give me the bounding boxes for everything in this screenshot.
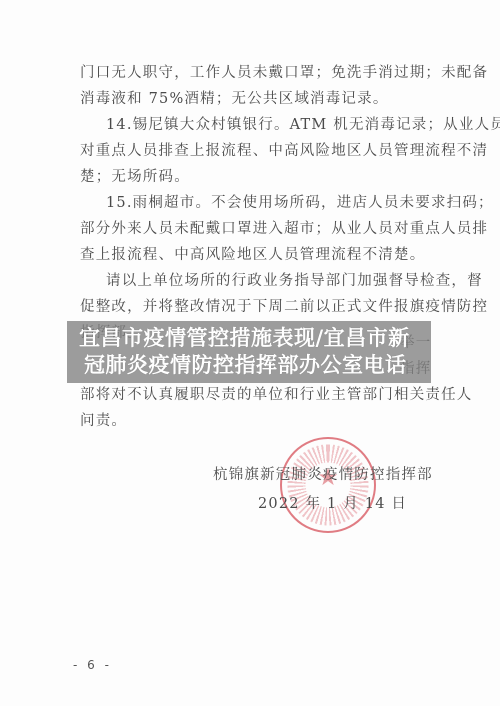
body-line: 部将对不认真履职尽责的单位和行业主管部门相关责任人 xyxy=(80,386,473,404)
body-line: 15.雨桐超市。不会使用场所码，进店人员未要求扫码； xyxy=(106,194,494,212)
body-line: 楚；无场所码。 xyxy=(80,168,190,186)
body-line: 对重点人员排查上报流程、中高风险地区人员管理流程不清 xyxy=(80,142,488,160)
body-line: 部分外来人员未配戴口罩进入超市；从业人员对重点人员排 xyxy=(80,220,488,238)
headline-line-1: 宜昌市疫情管控措施表现/宜昌市新 xyxy=(79,325,410,351)
page-number: - 6 - xyxy=(73,658,112,672)
body-line: 消毒液和 75%酒精；无公共区域消毒记录。 xyxy=(80,90,389,108)
body-line: 门口无人职守，工作人员未戴口罩；免洗手消过期；未配备 xyxy=(80,64,488,82)
body-line: 问责。 xyxy=(80,412,127,430)
body-line: 14.锡尼镇大众村镇银行。ATM 机无消毒记录；从业人员 xyxy=(106,116,500,134)
body-line: 查上报流程、中高风险地区人员管理流程不清楚。 xyxy=(80,246,425,264)
signature-date: 2022 年 1 月 14 日 xyxy=(258,495,407,513)
signature-organization: 杭锦旗新冠肺炎疫情防控指挥部 xyxy=(213,466,433,484)
headline-line-2: 冠肺炎疫情防控指挥部办公室电话 xyxy=(84,352,407,378)
body-line: 请以上单位场所的行政业务指导部门加强督导检查，督 xyxy=(106,272,483,290)
body-line: 促整改，并将整改情况于下周二前以正式文件报旗疫情防控 xyxy=(80,298,488,316)
